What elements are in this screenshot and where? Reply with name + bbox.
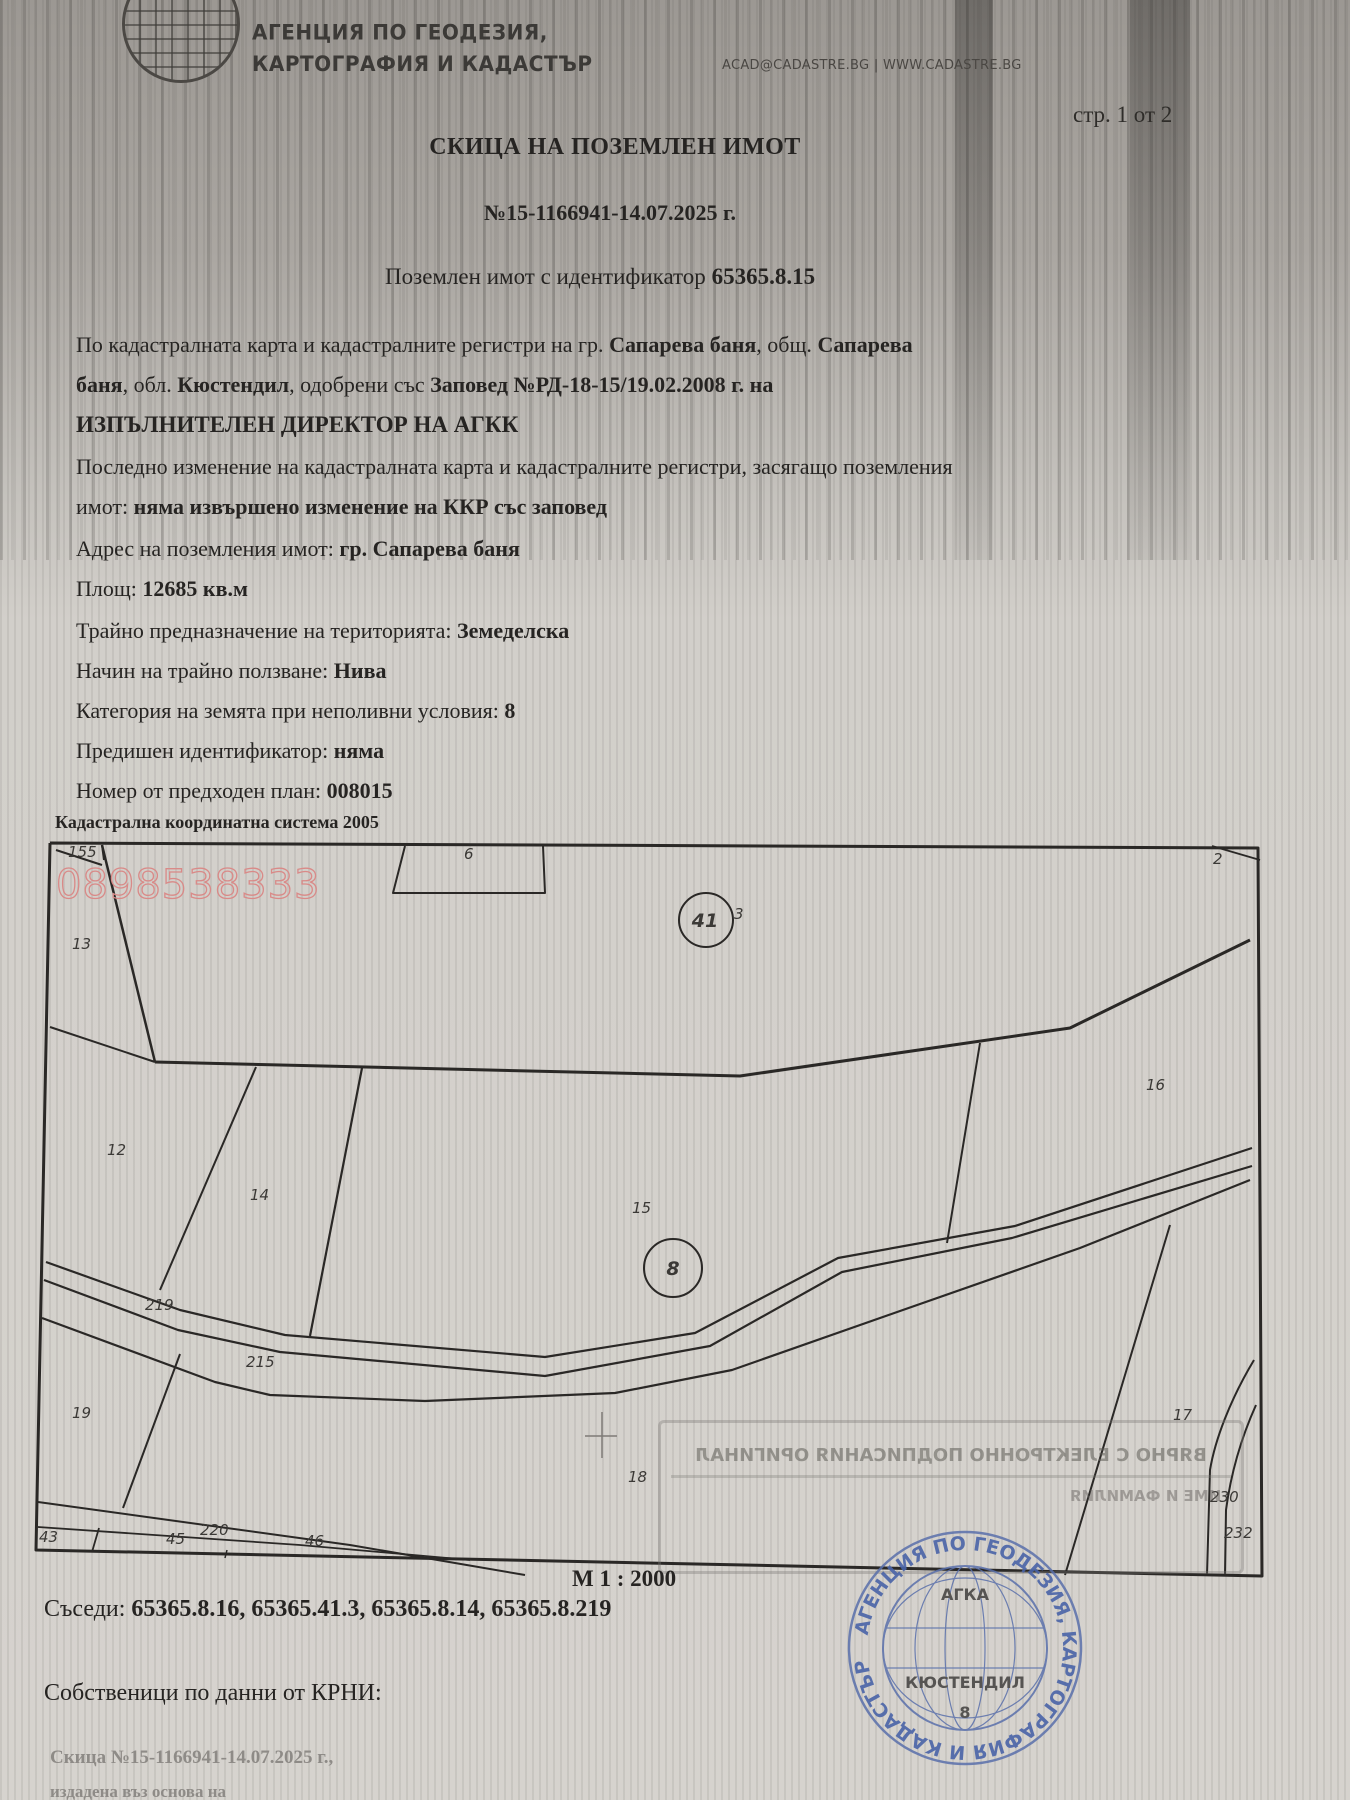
parcel-label-19: 19	[72, 1404, 91, 1422]
owners-label: Собственици по данни от КРНИ:	[44, 1680, 382, 1707]
neighbours-label: Съседи:	[44, 1596, 131, 1622]
watermark-phone: 0898538333	[56, 862, 321, 908]
parcel-label-16: 16	[1146, 1076, 1165, 1094]
parcel-label-14: 14	[250, 1186, 269, 1204]
parcel-label-18: 18	[628, 1468, 647, 1486]
seal-center-top: АГКА	[941, 1585, 990, 1604]
circled-label-8: 8	[666, 1258, 679, 1280]
parcel-label-45: 45	[166, 1530, 185, 1548]
parcel-label-43: 43	[39, 1528, 58, 1546]
certification-stamp-subtext: ИМЕ И ФАМИЛИЯ	[1070, 1487, 1221, 1505]
parcel-label-6: 6	[464, 845, 474, 863]
seal-center-city: КЮСТЕНДИЛ	[905, 1673, 1025, 1692]
parcel-label-219: 219	[145, 1296, 174, 1314]
map-scale: М 1 : 2000	[572, 1566, 676, 1592]
official-seal-icon: АГЕНЦИЯ ПО ГЕОДЕЗИЯ, КАРТОГРАФИЯ И КАДАС…	[845, 1528, 1085, 1768]
parcel-label-155: 155	[68, 843, 97, 861]
circled-label-41: 41	[691, 910, 718, 932]
parcel-label-2: 2	[1213, 850, 1223, 868]
neighbours: Съседи: 65365.8.16, 65365.41.3, 65365.8.…	[44, 1596, 611, 1623]
seal-center-num: 8	[959, 1703, 970, 1722]
parcel-label-12: 12	[107, 1141, 126, 1159]
neighbours-value: 65365.8.16, 65365.41.3, 65365.8.14, 6536…	[131, 1596, 611, 1622]
parcel-label-13: 13	[72, 935, 91, 953]
stamp-divider	[671, 1475, 1231, 1478]
parcel-label-215: 215	[246, 1353, 275, 1371]
parcel-label-3: 3	[734, 905, 744, 923]
certification-stamp-text: ВЯРНО С ЕЛЕКТРОННО ПОДПИСАНИЯ ОРИГИНАЛ	[681, 1445, 1221, 1466]
footer-line-1: Скица №15-1166941-14.07.2025 г.,	[50, 1747, 333, 1769]
footer-line-2: издадена въз основа на	[50, 1782, 226, 1800]
parcel-label-46: 46	[305, 1532, 324, 1550]
parcel-label-15: 15	[632, 1199, 651, 1217]
parcel-label-220: 220	[200, 1521, 229, 1539]
